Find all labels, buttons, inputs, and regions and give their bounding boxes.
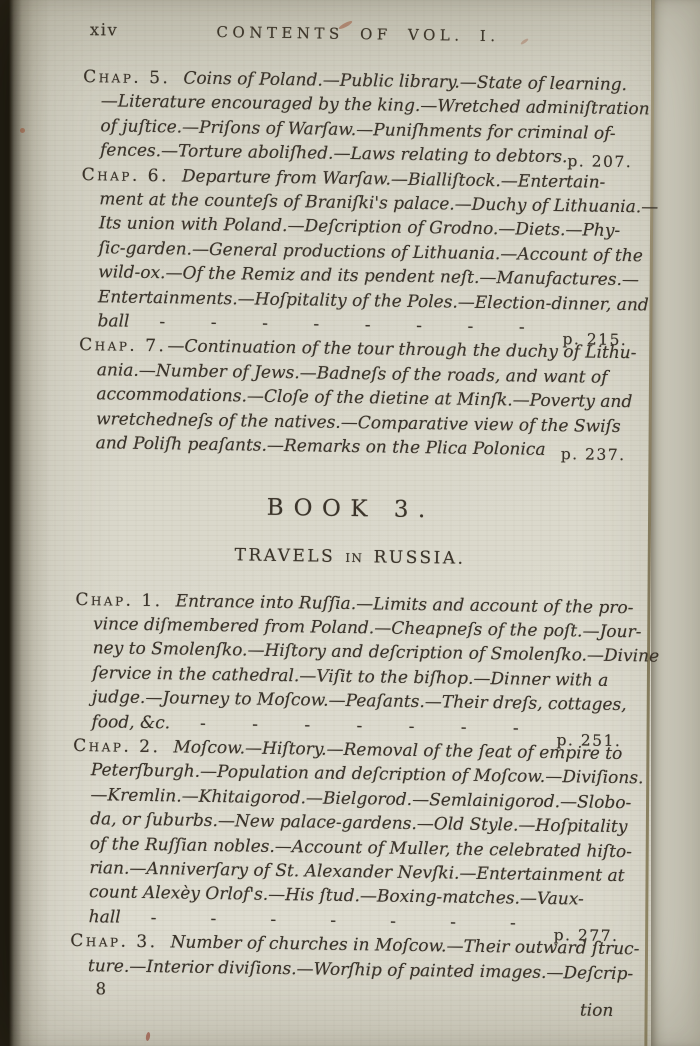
book-page-scan: xiv CONTENTS OF VOL. I. Chap. 5.Coins of… bbox=[0, 0, 700, 1046]
photo-vignette bbox=[0, 0, 700, 1046]
